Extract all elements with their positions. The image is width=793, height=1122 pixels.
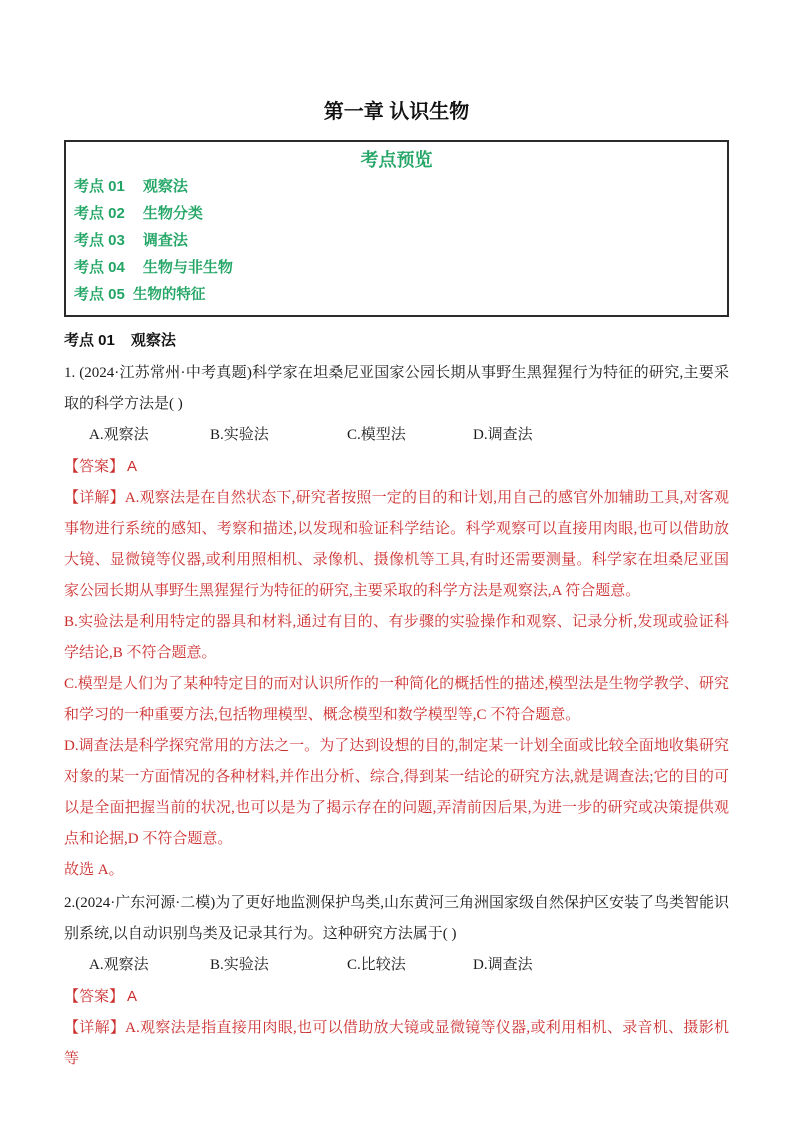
preview-item-label: 观察法: [143, 173, 188, 200]
question-1-options: A.观察法 B.实验法 C.模型法 D.调查法: [64, 420, 729, 451]
option-a: A.观察法: [89, 950, 210, 981]
preview-item-number: 考点 04: [74, 254, 125, 281]
answer-line: 【答案】A: [64, 451, 729, 483]
explanation-paragraph-a: 【详解】A.观察法是在自然状态下,研究者按照一定的目的和计划,用自己的感官外加辅…: [64, 483, 729, 607]
preview-item-03: 考点 03 调查法: [74, 227, 719, 254]
option-c: C.模型法: [347, 420, 473, 451]
preview-item-label: 生物分类: [143, 200, 203, 227]
question-1: 1. (2024·江苏常州·中考真题)科学家在坦桑尼亚国家公园长期从事野生黑猩猩…: [64, 358, 729, 886]
explanation-paragraph-b: B.实验法是利用特定的器具和材料,通过有目的、有步骤的实验操作和观察、记录分析,…: [64, 607, 729, 669]
section-heading-number: 考点 01: [64, 326, 115, 356]
explanation-conclusion: 故选 A。: [64, 855, 729, 886]
option-d: D.调查法: [473, 420, 729, 451]
explanation-paragraph-c: C.模型是人们为了某种特定目的而对认识所作的一种简化的概括性的描述,模型法是生物…: [64, 669, 729, 731]
option-c: C.比较法: [347, 950, 473, 981]
answer-value: A: [127, 458, 137, 475]
preview-item-label: 生物的特征: [133, 282, 206, 309]
explanation-paragraph-a: 【详解】A.观察法是指直接用肉眼,也可以借助放大镜或显微镜等仪器,或利用相机、录…: [64, 1013, 729, 1075]
preview-item-number: 考点 01: [74, 173, 125, 200]
option-b: B.实验法: [210, 420, 347, 451]
preview-item-label: 生物与非生物: [143, 254, 233, 281]
section-heading-keypoint-01: 考点 01 观察法: [64, 326, 729, 356]
page-title: 第一章 认识生物: [64, 98, 729, 126]
preview-item-02: 考点 02 生物分类: [74, 200, 719, 227]
answer-line: 【答案】A: [64, 981, 729, 1013]
preview-box-title: 考点预览: [74, 147, 719, 173]
document-page: 第一章 认识生物 考点预览 考点 01 观察法 考点 02 生物分类 考点 03…: [0, 0, 793, 1122]
answer-value: A: [127, 988, 137, 1005]
option-b: B.实验法: [210, 950, 347, 981]
question-stem: 2.(2024·广东河源·二模)为了更好地监测保护鸟类,山东黄河三角洲国家级自然…: [64, 888, 729, 950]
answer-label: 【答案】: [64, 989, 124, 1005]
question-stem: 1. (2024·江苏常州·中考真题)科学家在坦桑尼亚国家公园长期从事野生黑猩猩…: [64, 358, 729, 420]
preview-item-04: 考点 04 生物与非生物: [74, 254, 719, 281]
keypoint-preview-box: 考点预览 考点 01 观察法 考点 02 生物分类 考点 03 调查法 考点 0…: [64, 140, 729, 317]
preview-item-label: 调查法: [143, 227, 188, 254]
answer-label: 【答案】: [64, 459, 124, 475]
option-a: A.观察法: [89, 420, 210, 451]
question-2-options: A.观察法 B.实验法 C.比较法 D.调查法: [64, 950, 729, 981]
preview-item-01: 考点 01 观察法: [74, 173, 719, 200]
option-d: D.调查法: [473, 950, 729, 981]
preview-item-05: 考点 05 生物的特征: [74, 281, 719, 309]
preview-item-number: 考点 02: [74, 200, 125, 227]
explanation-paragraph-d: D.调查法是科学探究常用的方法之一。为了达到设想的目的,制定某一计划全面或比较全…: [64, 731, 729, 855]
question-2: 2.(2024·广东河源·二模)为了更好地监测保护鸟类,山东黄河三角洲国家级自然…: [64, 888, 729, 1075]
section-heading-label: 观察法: [131, 326, 176, 356]
preview-item-number: 考点 03: [74, 227, 125, 254]
preview-item-number: 考点 05: [74, 281, 125, 308]
